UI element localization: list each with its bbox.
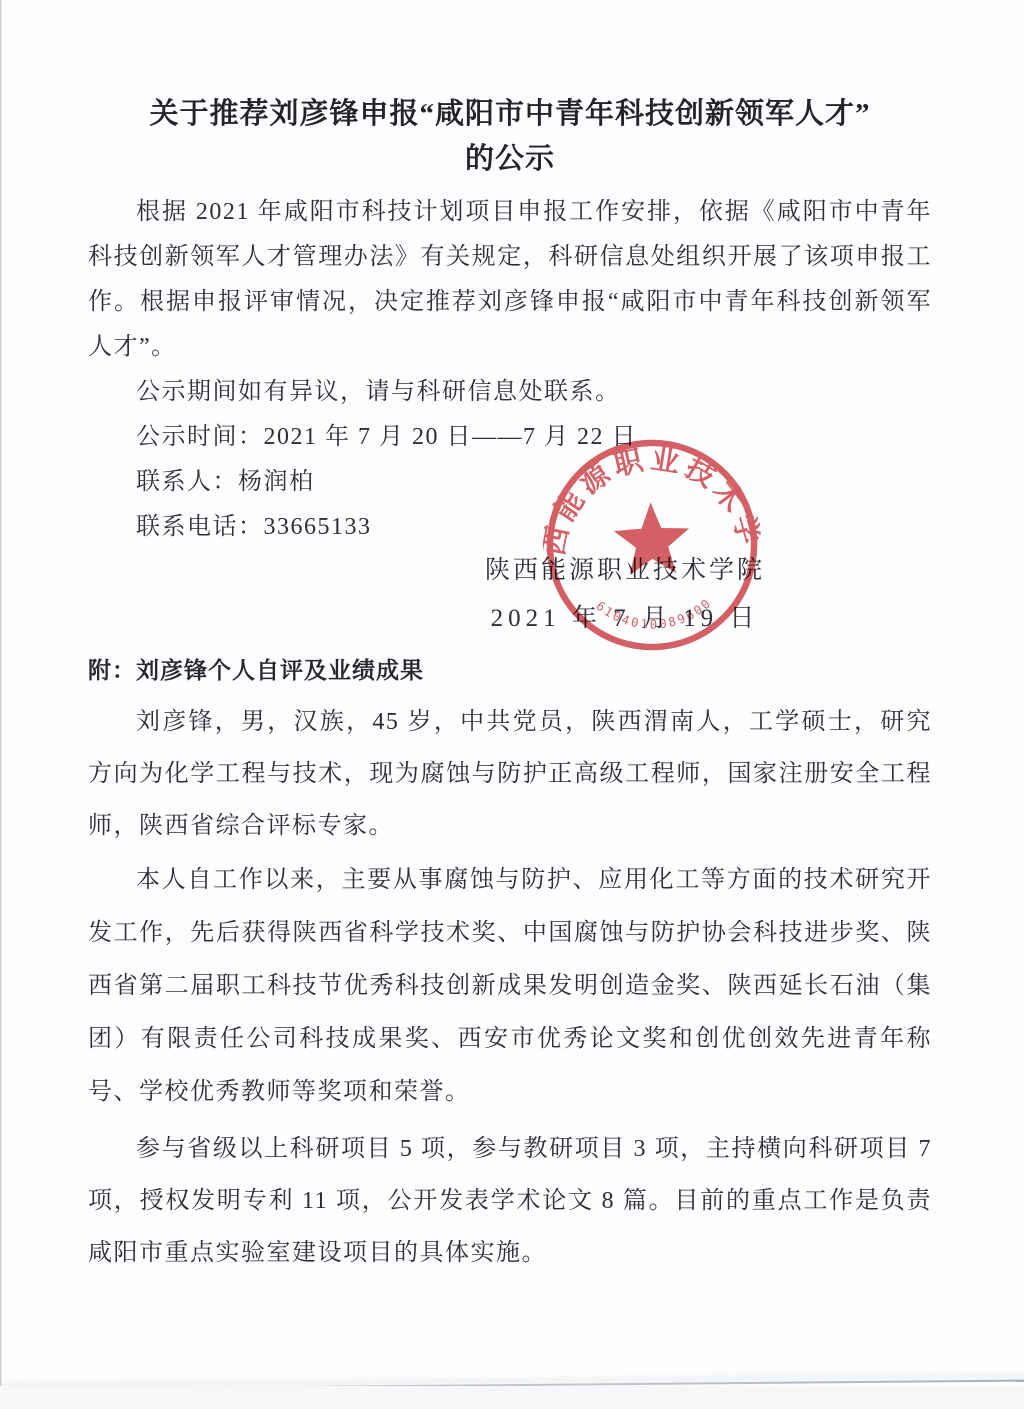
scan-background-strip bbox=[0, 1386, 1024, 1409]
attachment-paragraph-profile: 刘彦锋，男，汉族，45 岁，中共党员，陕西渭南人，工学硕士，研究方向为化学工程与… bbox=[88, 696, 932, 852]
document-content: 关于推荐刘彦锋申报“咸阳市中青年科技创新领军人才” 的公示 根据 2021 年咸… bbox=[88, 92, 932, 1279]
notice-contact-person-line: 联系人：杨润柏 bbox=[88, 460, 932, 505]
notice-body: 根据 2021 年咸阳市科技计划项目申报工作安排，依据《咸阳市中青年科技创新领军… bbox=[88, 190, 932, 550]
attachment-paragraph-awards: 本人自工作以来，主要从事腐蚀与防护、应用化工等方面的技术研究开发工作，先后获得陕… bbox=[88, 854, 932, 1119]
notice-paragraph: 根据 2021 年咸阳市科技计划项目申报工作安排，依据《咸阳市中青年科技创新领军… bbox=[88, 190, 932, 370]
notice-objection-line: 公示期间如有异议，请与科研信息处联系。 bbox=[88, 370, 932, 415]
attachment-paragraph-projects: 参与省级以上科研项目 5 项，参与教研项目 3 项，主持横向科研项目 7 项，授… bbox=[88, 1123, 932, 1279]
notice-period-line: 公示时间：2021 年 7 月 20 日——7 月 22 日 bbox=[88, 415, 932, 460]
official-seal-stamp: 陕西能源职业技术学院 6104010089600 bbox=[539, 432, 764, 657]
seal-graphic: 陕西能源职业技术学院 6104010089600 bbox=[539, 432, 764, 657]
notice-contact-phone-line: 联系电话：33665133 bbox=[88, 505, 932, 550]
scanned-document-page: 关于推荐刘彦锋申报“咸阳市中青年科技创新领军人才” 的公示 根据 2021 年咸… bbox=[0, 0, 1024, 1409]
attachment-heading: 附：刘彦锋个人自评及业绩成果 bbox=[88, 650, 932, 690]
document-title-line2: 的公示 bbox=[465, 143, 555, 175]
document-title-line1: 关于推荐刘彦锋申报“咸阳市中青年科技创新领军人才” bbox=[149, 98, 870, 130]
document-title: 关于推荐刘彦锋申报“咸阳市中青年科技创新领军人才” 的公示 bbox=[88, 92, 932, 182]
seal-star-icon bbox=[613, 501, 691, 575]
seal-number: 6104010089600 bbox=[593, 595, 716, 634]
seal-number-holder: 6104010089600 bbox=[593, 595, 716, 634]
